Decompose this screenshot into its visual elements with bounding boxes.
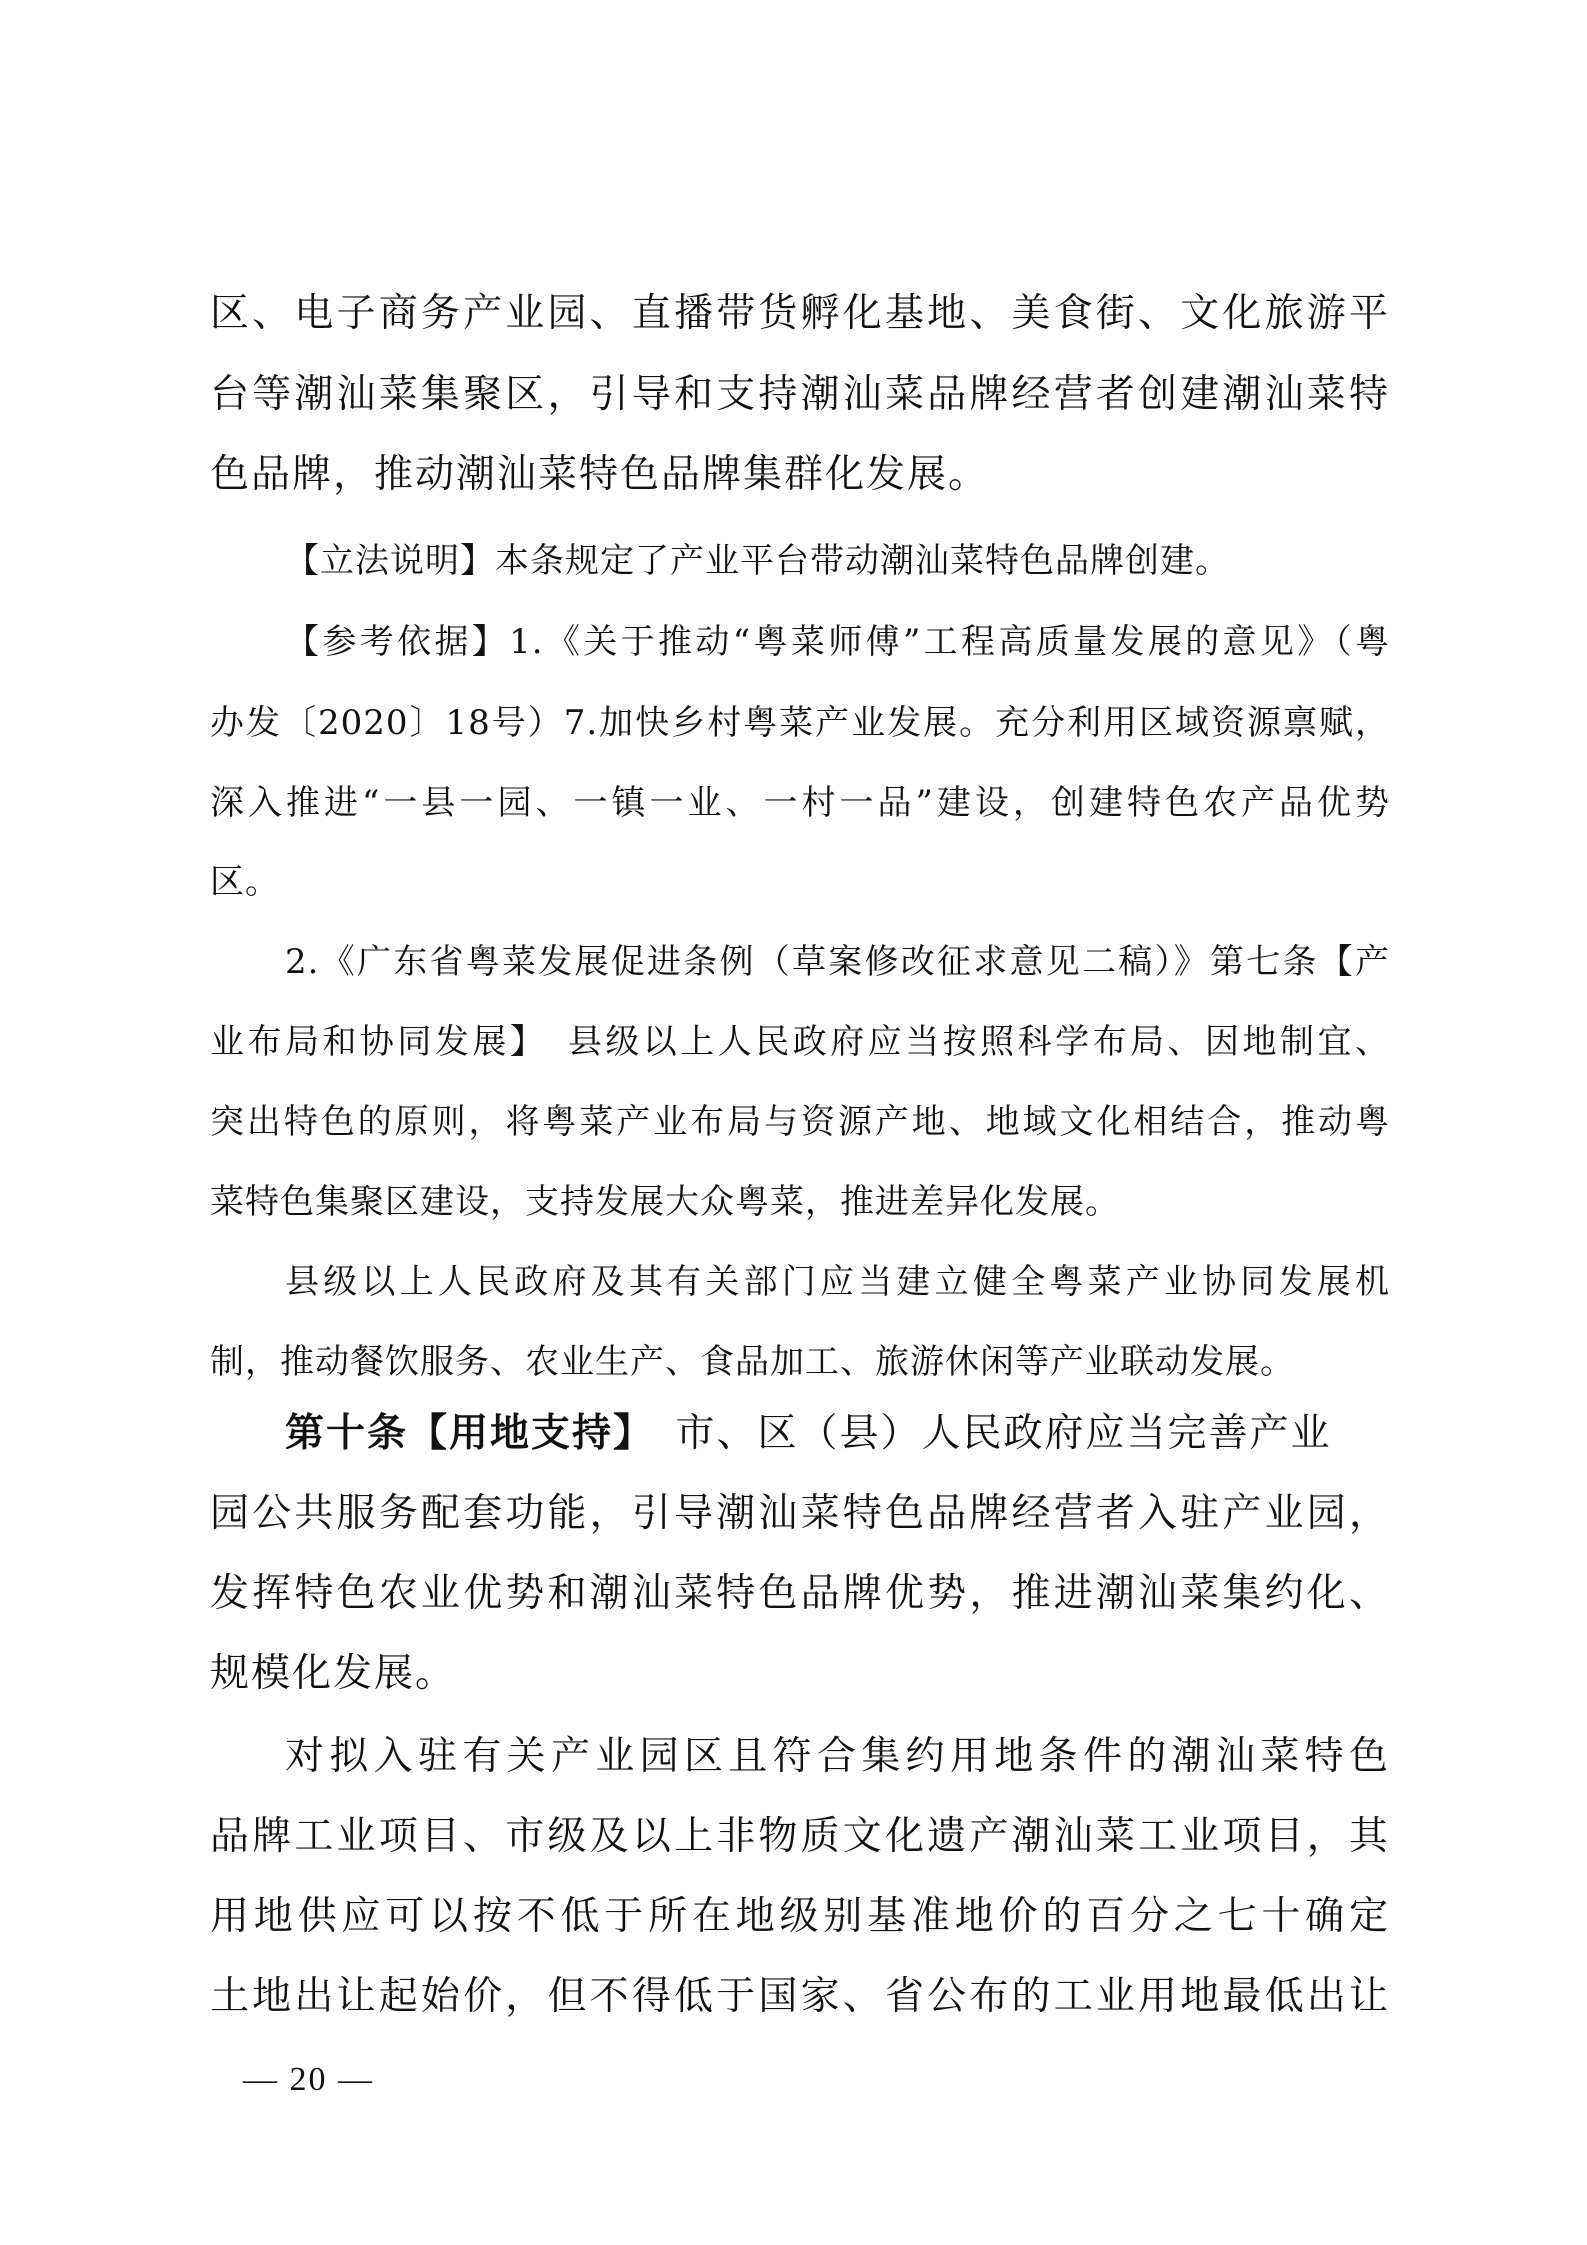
- reference-text-line: 办发〔2020〕18号）7.加快乡村粤菜产业发展。充分利用区域资源禀赋，: [210, 699, 1390, 747]
- body-text-line: 土地出让起始价，但不得低于国家、省公布的工业用地最低出让: [210, 1973, 1390, 2021]
- reference-text-line: 深入推进“一县一园、一镇一业、一村一品”建设，创建特色农产品优势: [210, 779, 1390, 827]
- reference-text-line: 【参考依据】1.《关于推动“粤菜师傅”工程高质量发展的意见》（粤: [285, 618, 1390, 666]
- body-text-line: 台等潮汕菜集聚区，引导和支持潮汕菜品牌经营者创建潮汕菜特: [210, 371, 1390, 419]
- body-text-line: 用地供应可以按不低于所在地级别基准地价的百分之七十确定: [210, 1893, 1390, 1941]
- body-text-line: 品牌工业项目、市级及以上非物质文化遗产潮汕菜工业项目，其: [210, 1813, 1390, 1861]
- reference-text-line: 县级以上人民政府及其有关部门应当建立健全粤菜产业协同发展机: [285, 1258, 1390, 1306]
- body-text-line: 规模化发展。: [210, 1650, 1390, 1698]
- reference-text-line: 菜特色集聚区建设，支持发展大众粤菜，推进差异化发展。: [210, 1178, 1390, 1226]
- body-text-line: 区、电子商务产业园、直播带货孵化基地、美食街、文化旅游平: [210, 290, 1390, 338]
- article-10-first-line: 第十条【用地支持】 市、区（县）人民政府应当完善产业: [285, 1410, 1390, 1458]
- body-text-line: 园公共服务配套功能，引导潮汕菜特色品牌经营者入驻产业园，: [210, 1490, 1390, 1538]
- article-heading: 第十条【用地支持】: [285, 1411, 635, 1456]
- body-text-line: 色品牌，推动潮汕菜特色品牌集群化发展。: [210, 451, 1390, 499]
- reference-text-line: 区。: [210, 858, 1390, 906]
- reference-text-line: 2.《广东省粤菜发展促进条例（草案修改征求意见二稿）》第七条【产: [285, 938, 1390, 986]
- document-page: 区、电子商务产业园、直播带货孵化基地、美食街、文化旅游平 台等潮汕菜集聚区，引导…: [0, 0, 1587, 2245]
- page-number: — 20 —: [243, 2060, 374, 2100]
- reference-text-line: 制，推动餐饮服务、农业生产、食品加工、旅游休闲等产业联动发展。: [210, 1338, 1390, 1386]
- body-text: 市、区（县）人民政府应当完善产业: [635, 1411, 1332, 1456]
- body-text-line: 对拟入驻有关产业园区且符合集约用地条件的潮汕菜特色: [285, 1733, 1390, 1781]
- reference-text-line: 业布局和协同发展】 县级以上人民政府应当按照科学布局、因地制宜、: [210, 1018, 1390, 1066]
- body-text-line: 发挥特色农业优势和潮汕菜特色品牌优势，推进潮汕菜集约化、: [210, 1570, 1390, 1618]
- legislative-note: 【立法说明】本条规定了产业平台带动潮汕菜特色品牌创建。: [285, 537, 1390, 585]
- reference-text-line: 突出特色的原则，将粤菜产业布局与资源产地、地域文化相结合，推动粤: [210, 1098, 1390, 1146]
